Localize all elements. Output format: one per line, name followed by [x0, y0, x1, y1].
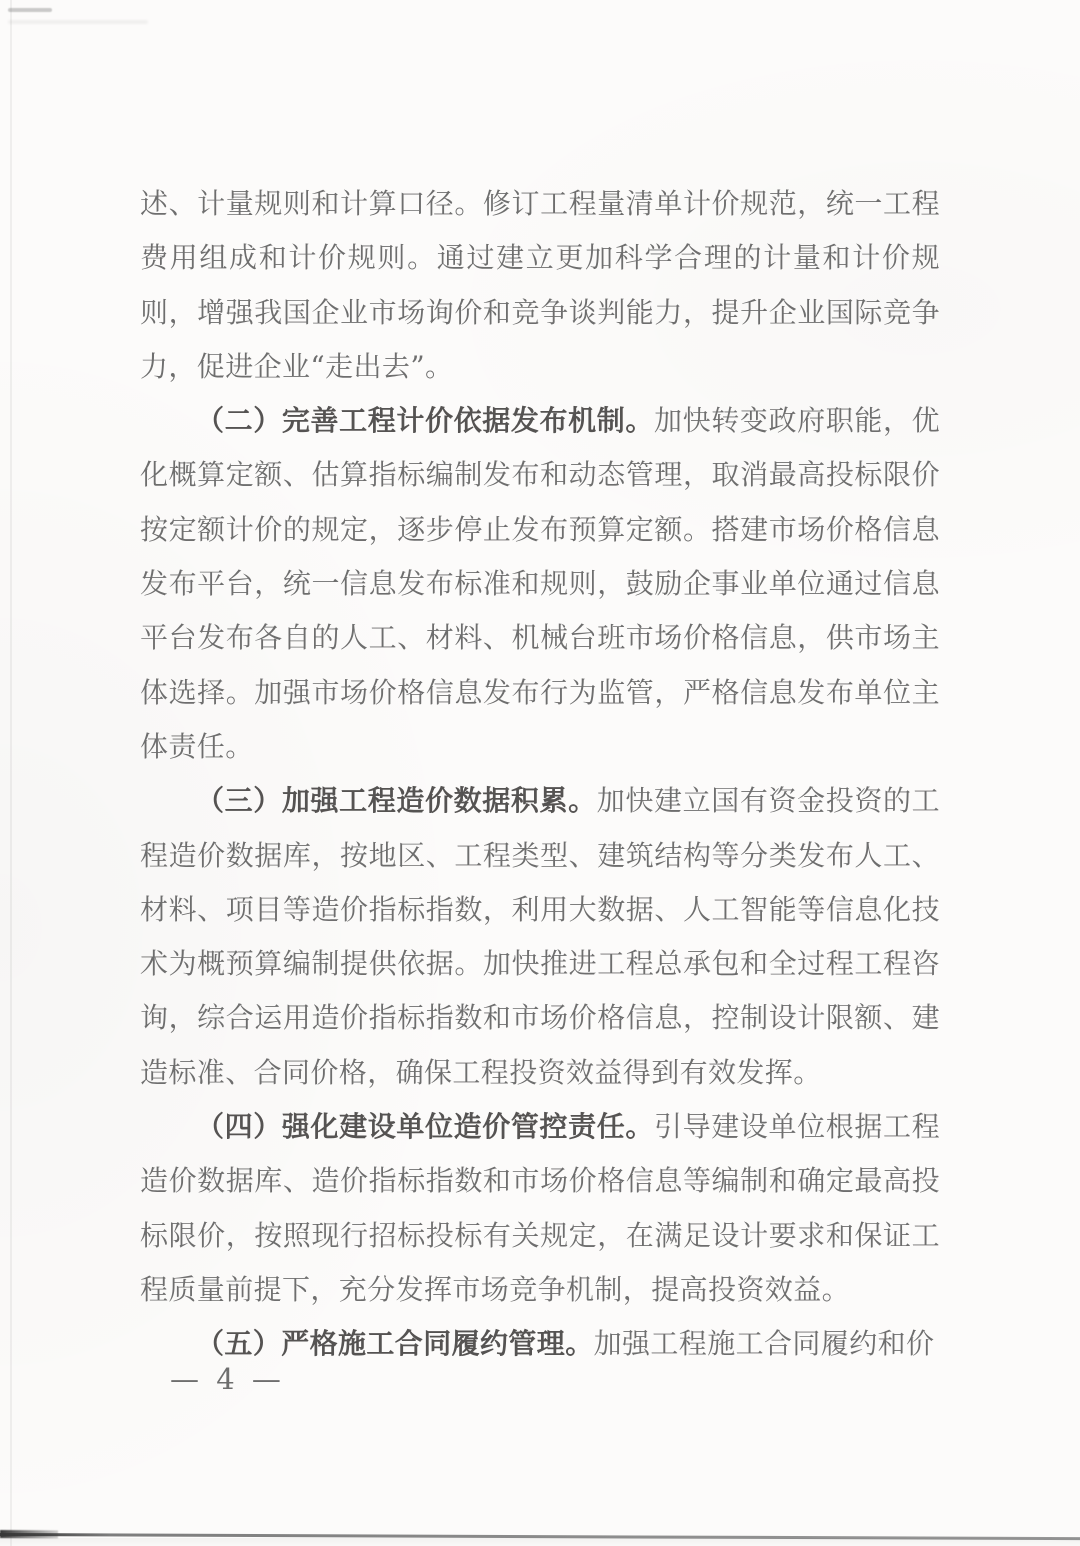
- paragraph-heading: （五）严格施工合同履约管理。: [196, 1327, 594, 1360]
- paragraph-heading: （四）强化建设单位造价管控责任。: [196, 1110, 654, 1143]
- scanned-document-page: 述、计量规则和计算口径。修订工程量清单计价规范，统一工程费用组成和计价规则。通过…: [0, 0, 1080, 1546]
- scan-artifact-left-edge: [10, 0, 12, 1546]
- paragraph-item-3: （三）加强工程造价数据积累。加快建立国有资金投资的工程造价数据库，按地区、工程类…: [140, 774, 940, 1100]
- scan-artifact-bottom-strip: [0, 1538, 1080, 1546]
- paragraph-text: 加强工程施工合同履约和价: [594, 1327, 935, 1360]
- paragraph-item-4: （四）强化建设单位造价管控责任。引导建设单位根据工程造价数据库、造价指标指数和市…: [140, 1100, 940, 1317]
- paragraph-item-2: （二）完善工程计价依据发布机制。加快转变政府职能，优化概算定额、估算指标编制发布…: [140, 394, 940, 774]
- paragraph-text: 加快转变政府职能，优化概算定额、估算指标编制发布和动态管理，取消最高投标限价按定…: [140, 404, 940, 763]
- paragraph-heading: （三）加强工程造价数据积累。: [196, 784, 597, 817]
- paragraph-heading: （二）完善工程计价依据发布机制。: [196, 404, 654, 437]
- paragraph-text: 述、计量规则和计算口径。修订工程量清单计价规范，统一工程费用组成和计价规则。通过…: [140, 187, 940, 383]
- paragraph-text: 加快建立国有资金投资的工程造价数据库，按地区、工程类型、建筑结构等分类发布人工、…: [140, 784, 940, 1088]
- scan-artifact-top-smudge: [8, 20, 148, 24]
- document-body: 述、计量规则和计算口径。修订工程量清单计价规范，统一工程费用组成和计价规则。通过…: [140, 177, 940, 1372]
- page-number: — 4 —: [170, 1362, 285, 1396]
- scan-artifact-top-mark: [8, 8, 52, 12]
- paragraph-continuation: 述、计量规则和计算口径。修订工程量清单计价规范，统一工程费用组成和计价规则。通过…: [140, 177, 940, 394]
